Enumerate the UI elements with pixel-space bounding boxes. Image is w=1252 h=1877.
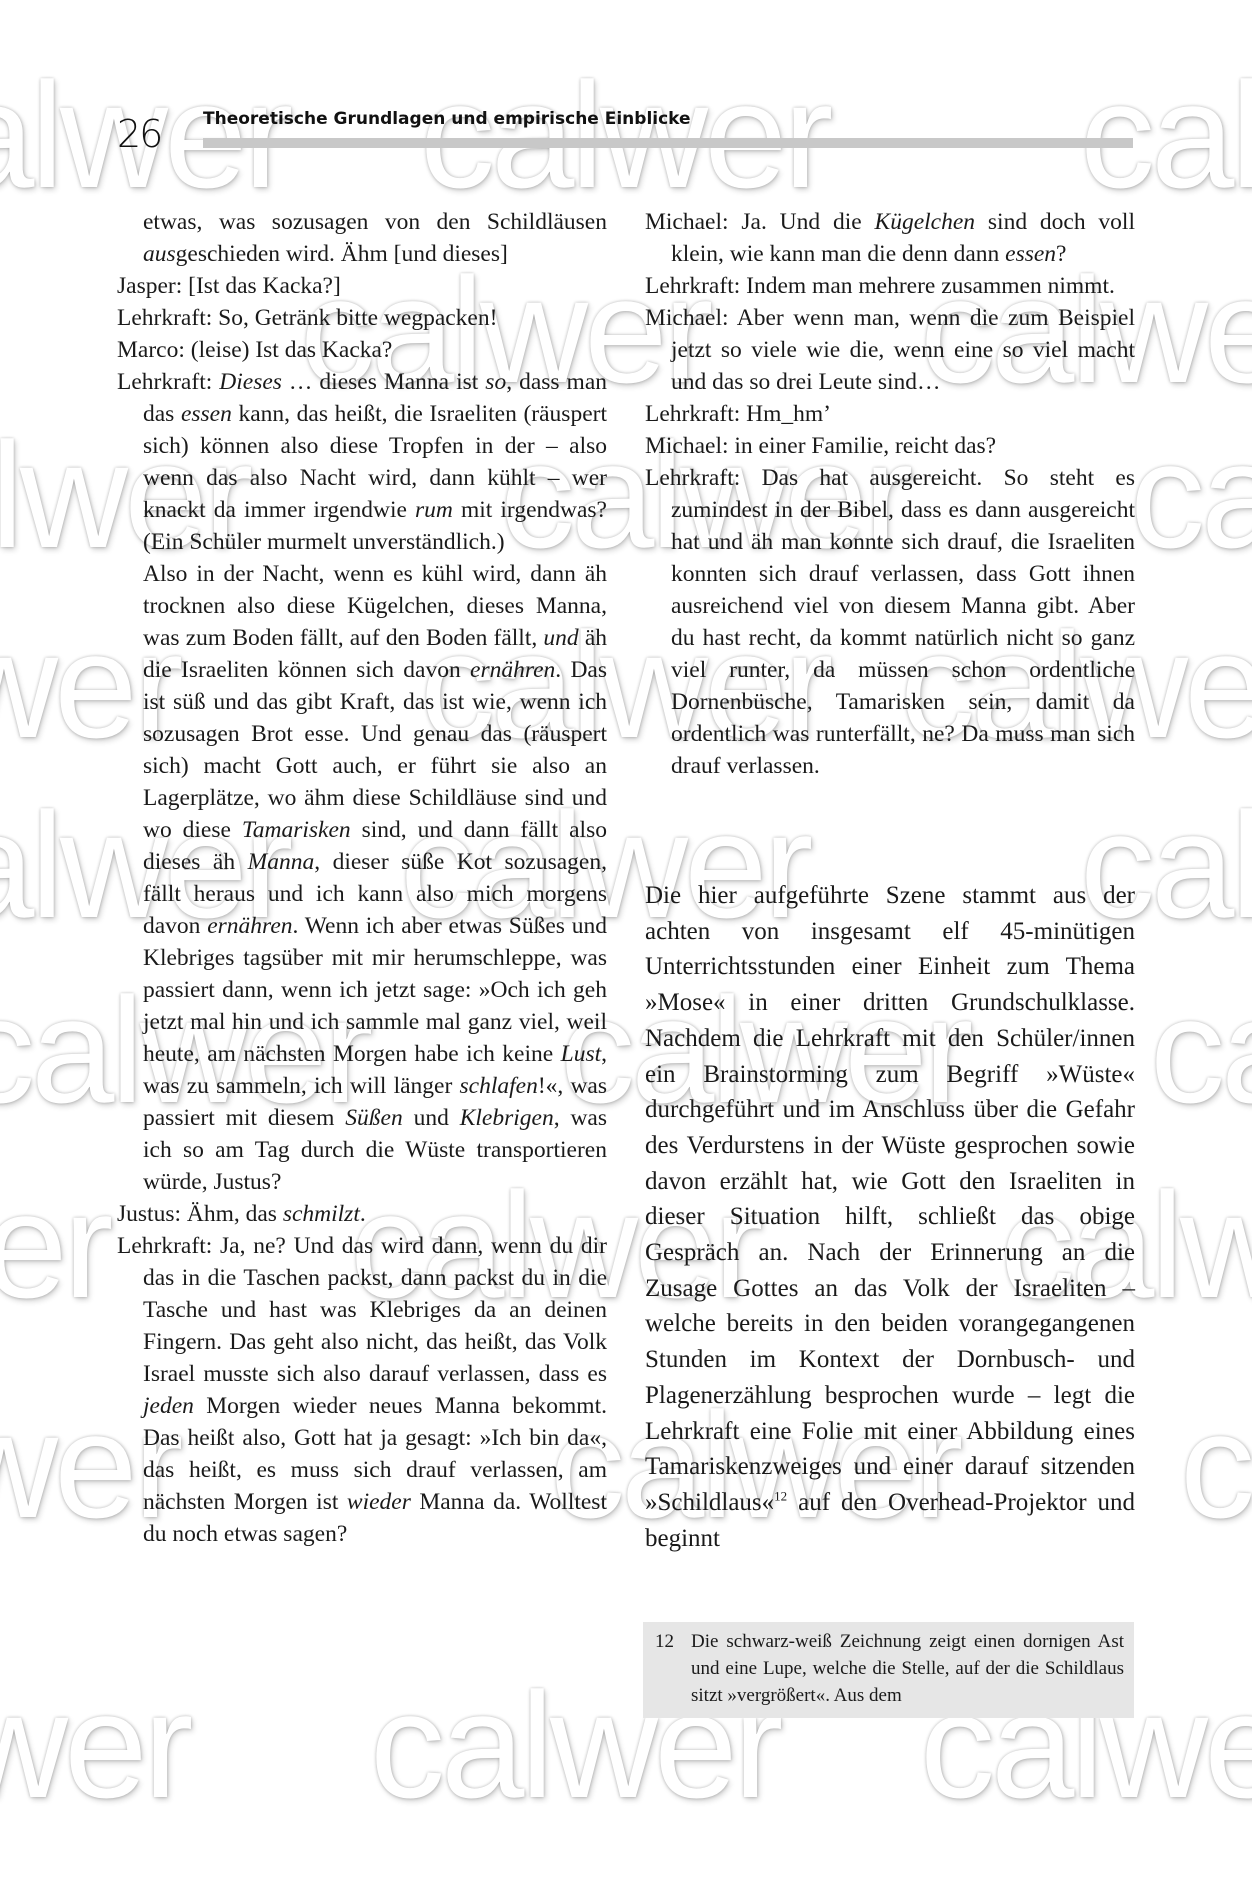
utterance-text: … dieses Manna ist: [282, 369, 485, 395]
emphasis-text: schmilzt: [283, 1201, 360, 1227]
transcript-turn: Lehrkraft: So, Getränk bitte wegpacken!: [117, 302, 607, 334]
utterance-text: Aber wenn man, wenn die zum Beispiel jet…: [671, 305, 1135, 395]
emphasis-text: Süßen: [345, 1105, 402, 1131]
utterance-text: Ja, ne? Und das wird dann, wenn du dir d…: [143, 1233, 607, 1387]
utterance-text: (leise) Ist das Kacka?: [185, 337, 392, 363]
utterance-text: Also in der Nacht, wenn es kühl wird, da…: [143, 561, 607, 651]
transcript-turn: Michael: Aber wenn man, wenn die zum Bei…: [645, 302, 1135, 398]
emphasis-text: Kügelchen: [875, 209, 976, 235]
running-head: Theoretische Grundlagen und empirische E…: [203, 109, 691, 129]
transcript-turn: Lehrkraft: Indem man mehrere zusammen ni…: [645, 270, 1135, 302]
body-paragraph: Die hier aufgeführte Szene stammt aus de…: [645, 878, 1135, 1556]
watermark-text: calwer: [0, 1170, 109, 1320]
transcript-turn: Lehrkraft: Das hat ausgereicht. So steht…: [645, 462, 1135, 782]
transcript-turn: Marco: (leise) Ist das Kacka?: [117, 334, 607, 366]
utterance-text: Indem man mehrere zusammen nimmt.: [740, 273, 1115, 299]
watermark-text: calwer: [1130, 420, 1252, 570]
utterance-text: Ähm, das: [181, 1201, 283, 1227]
emphasis-text: Manna: [248, 849, 315, 875]
transcript-turn: Justus: Ähm, das schmilzt.: [117, 1198, 607, 1230]
utterance-text: etwas, was sozusagen von den Schildläuse…: [143, 209, 607, 235]
emphasis-text: schlafen: [460, 1073, 538, 1099]
speaker-label: Michael:: [645, 433, 729, 459]
emphasis-text: ernähren: [207, 913, 292, 939]
speaker-label: Lehrkraft:: [645, 273, 740, 299]
speaker-label: Jasper:: [117, 273, 182, 299]
watermark-text: calwer: [0, 1670, 189, 1820]
left-column-transcript: etwas, was sozusagen von den Schildläuse…: [117, 206, 607, 1550]
speaker-label: Michael:: [645, 305, 729, 331]
transcript-turn: Jasper: [Ist das Kacka?]: [117, 270, 607, 302]
watermark-text: calwer: [1150, 975, 1252, 1125]
body-text: Die hier aufgeführte Szene stammt aus de…: [645, 878, 1135, 1556]
utterance-text: ?: [1056, 241, 1066, 267]
emphasis-text: so: [485, 369, 506, 395]
speaker-label: Lehrkraft:: [645, 401, 740, 427]
footnote: 12 Die schwarz-weiß Zeichnung zeigt eine…: [643, 1622, 1134, 1718]
utterance-text: .: [360, 1201, 366, 1227]
transcript-turn: Michael: Ja. Und die Kügelchen sind doch…: [645, 206, 1135, 270]
transcript-turn: Lehrkraft: Hm_hm’: [645, 398, 1135, 430]
speaker-label: Michael:: [645, 209, 729, 235]
emphasis-text: essen: [1005, 241, 1056, 267]
footnote-text: Die schwarz-weiß Zeichnung zeigt einen d…: [691, 1628, 1124, 1709]
emphasis-text: essen: [181, 401, 232, 427]
page-header: 26 Theoretische Grundlagen und empirisch…: [0, 90, 1252, 170]
transcript-turn: Lehrkraft: Ja, ne? Und das wird dann, we…: [117, 1230, 607, 1550]
transcript-turn: Also in der Nacht, wenn es kühl wird, da…: [117, 558, 607, 1198]
speaker-label: Lehrkraft:: [117, 1233, 212, 1259]
footnote-number: 12: [655, 1628, 674, 1655]
footnote-reference[interactable]: 12: [774, 1489, 787, 1504]
utterance-text: [Ist das Kacka?]: [182, 273, 341, 299]
transcript-turn: etwas, was sozusagen von den Schildläuse…: [117, 206, 607, 270]
utterance-text: geschieden wird. Ähm [und dieses]: [176, 241, 508, 267]
watermark-text: calwer: [1180, 1390, 1252, 1540]
utterance-text: und: [403, 1105, 460, 1131]
utterance-text: Hm_hm’: [740, 401, 831, 427]
emphasis-text: Dieses: [219, 369, 282, 395]
header-rule: [203, 138, 1133, 148]
emphasis-text: rum: [415, 497, 453, 523]
utterance-text: Ja. Und die: [729, 209, 875, 235]
speaker-label: Lehrkraft:: [645, 465, 740, 491]
transcript-turn: Lehrkraft: Dieses … dieses Manna ist so,…: [117, 366, 607, 558]
speaker-label: Lehrkraft:: [117, 369, 212, 395]
page-number: 26: [117, 112, 161, 156]
transcript-turn: Michael: in einer Familie, reicht das?: [645, 430, 1135, 462]
speaker-label: Marco:: [117, 337, 185, 363]
emphasis-text: aus: [143, 241, 176, 267]
emphasis-text: jeden: [143, 1393, 194, 1419]
emphasis-text: Lust: [561, 1041, 602, 1067]
right-column-transcript: Michael: Ja. Und die Kügelchen sind doch…: [645, 206, 1135, 782]
emphasis-text: und: [543, 625, 578, 651]
utterance-text: in einer Familie, reicht das?: [729, 433, 997, 459]
emphasis-text: Klebrigen: [460, 1105, 554, 1131]
speaker-label: Justus:: [117, 1201, 181, 1227]
utterance-text: So, Getränk bitte wegpacken!: [212, 305, 497, 331]
emphasis-text: ernähren: [470, 657, 555, 683]
emphasis-text: Tamarisken: [242, 817, 351, 843]
emphasis-text: wieder: [347, 1489, 411, 1515]
speaker-label: Lehrkraft:: [117, 305, 212, 331]
utterance-text: . Das ist süß und das gibt Kraft, das is…: [143, 657, 607, 843]
utterance-text: Das hat ausgereicht. So steht es zuminde…: [671, 465, 1135, 779]
